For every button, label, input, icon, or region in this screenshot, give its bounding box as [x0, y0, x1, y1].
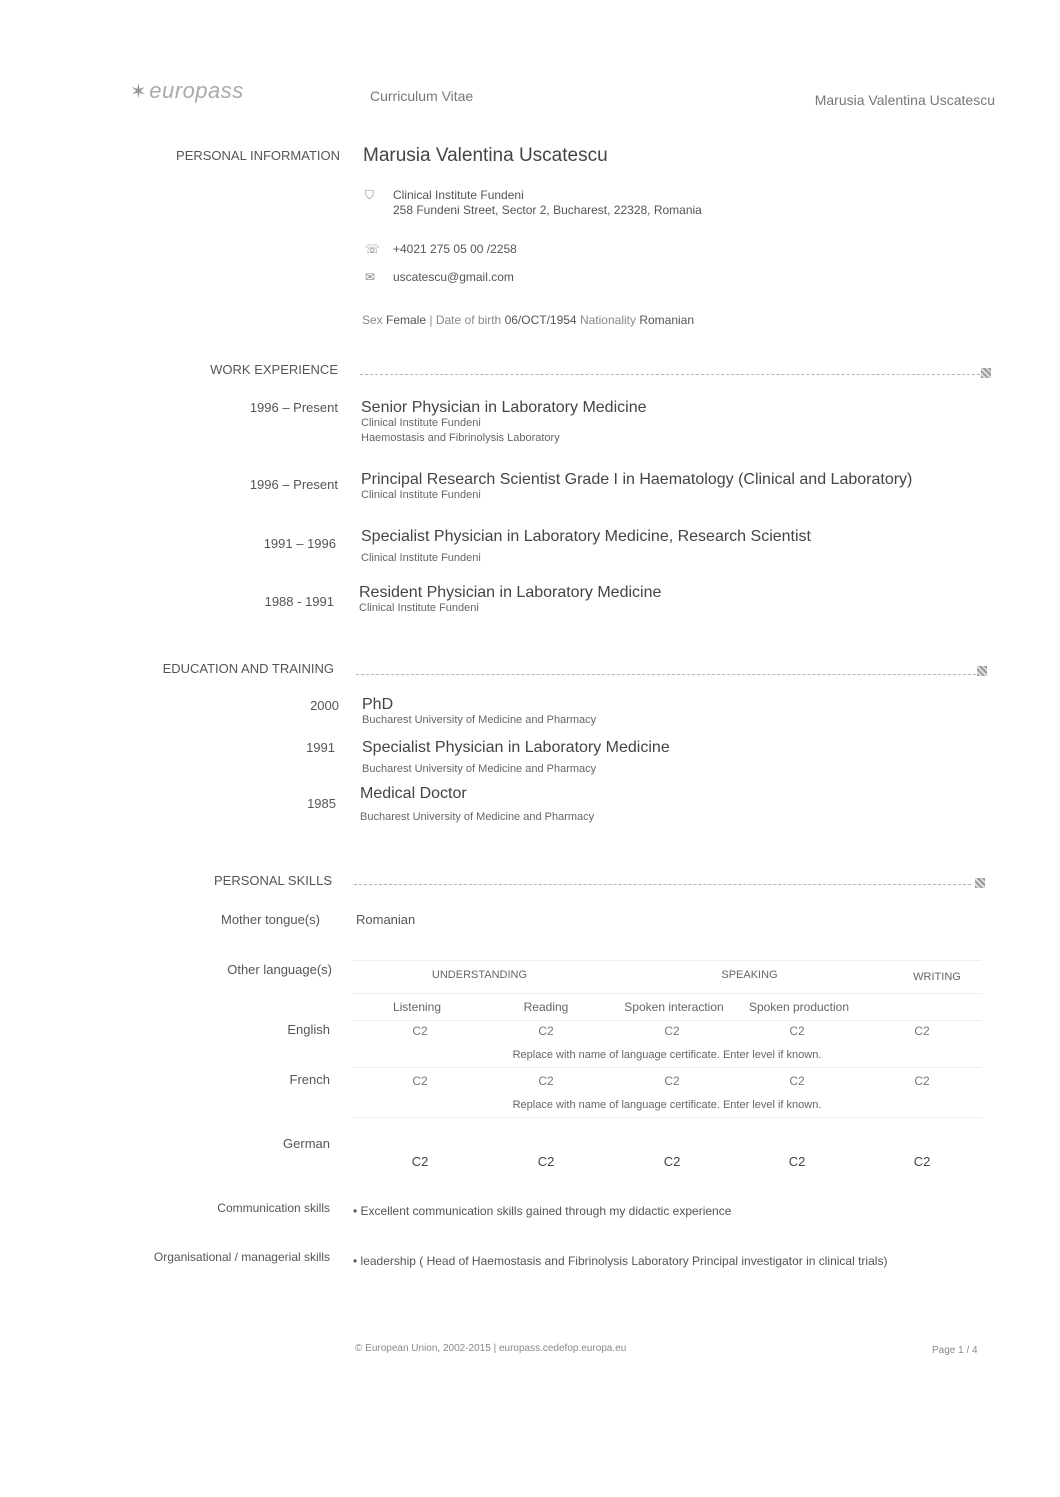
language-name: English — [130, 1022, 330, 1037]
edu-entry: Specialist Physician in Laboratory Medic… — [362, 739, 670, 775]
communication-skills-label: Communication skills — [130, 1201, 330, 1215]
language-level: C2 — [902, 1024, 942, 1038]
footer-copyright: © European Union, 2002-2015 | europass.c… — [355, 1343, 626, 1354]
other-languages-label: Other language(s) — [132, 962, 332, 977]
language-level: C2 — [902, 1074, 942, 1088]
phone: ☏+4021 275 05 00 /2258 — [365, 242, 517, 256]
language-level: C2 — [526, 1154, 566, 1169]
organisational-skills: • leadership ( Head of Haemostasis and F… — [353, 1254, 887, 1268]
language-level: C2 — [777, 1154, 817, 1169]
row-divider — [352, 1117, 982, 1118]
subheader-reading: Reading — [482, 1000, 610, 1014]
job-dates: 1996 – Present — [228, 477, 338, 492]
section-label-personal-information: PERSONAL INFORMATION — [140, 148, 340, 163]
group-writing: WRITING — [892, 971, 982, 983]
edu-year: 1991 — [225, 740, 335, 755]
language-name: German — [130, 1136, 330, 1151]
job-entry: Specialist Physician in Laboratory Medic… — [361, 528, 811, 564]
full-name: Marusia Valentina Uscatescu — [363, 145, 608, 167]
email-icon: ✉ — [365, 270, 383, 284]
section-label-education: EDUCATION AND TRAINING — [134, 661, 334, 676]
organisational-skills-label: Organisational / managerial skills — [130, 1250, 330, 1264]
row-divider — [352, 1067, 982, 1068]
group-understanding: UNDERSTANDING — [352, 969, 607, 981]
edu-year: 1985 — [226, 796, 336, 811]
job-entry: Principal Research Scientist Grade I in … — [361, 471, 912, 501]
email[interactable]: ✉uscatescu@gmail.com — [365, 270, 514, 284]
job-dates: 1996 – Present — [228, 400, 338, 415]
section-marker-icon — [981, 368, 991, 378]
address: ⛉Clinical Institute Fundeni 258 Fundeni … — [365, 188, 702, 217]
language-level: C2 — [400, 1154, 440, 1169]
phone-icon: ☏ — [365, 242, 383, 256]
group-speaking: SPEAKING — [607, 969, 892, 981]
europass-logo: ✶europass — [130, 78, 244, 104]
section-divider — [354, 884, 971, 885]
language-certificate: Replace with name of language certificat… — [352, 1049, 982, 1061]
document-title: Curriculum Vitae — [370, 88, 473, 104]
header-person-name: Marusia Valentina Uscatescu — [815, 92, 995, 108]
personal-meta: Sex Female | Date of birth 06/OCT/1954 N… — [362, 313, 694, 327]
edu-entry: PhD Bucharest University of Medicine and… — [362, 696, 596, 726]
language-level: C2 — [777, 1024, 817, 1038]
job-dates: 1991 – 1996 — [226, 536, 336, 551]
mother-tongue-label: Mother tongue(s) — [120, 912, 320, 927]
page-number: Page 1 / 4 — [932, 1345, 978, 1356]
language-level: C2 — [400, 1074, 440, 1088]
section-label-personal-skills: PERSONAL SKILLS — [132, 873, 332, 888]
subheader-spoken-interaction: Spoken interaction — [610, 1000, 738, 1014]
job-entry: Senior Physician in Laboratory Medicine … — [361, 399, 646, 444]
language-table: UNDERSTANDING SPEAKING WRITING Listening… — [352, 960, 982, 1021]
section-divider — [356, 674, 976, 675]
mother-tongue: Romanian — [356, 912, 415, 927]
language-level: C2 — [902, 1154, 942, 1169]
section-marker-icon — [975, 878, 985, 888]
language-level: C2 — [652, 1074, 692, 1088]
language-level: C2 — [526, 1024, 566, 1038]
edu-year: 2000 — [229, 698, 339, 713]
language-name: French — [130, 1072, 330, 1087]
language-level: C2 — [400, 1024, 440, 1038]
language-certificate: Replace with name of language certificat… — [352, 1099, 982, 1111]
language-level: C2 — [652, 1154, 692, 1169]
section-label-work-experience: WORK EXPERIENCE — [138, 362, 338, 377]
language-level: C2 — [652, 1024, 692, 1038]
section-marker-icon — [977, 666, 987, 676]
section-divider — [360, 374, 980, 375]
subheader-listening: Listening — [352, 1000, 482, 1014]
job-entry: Resident Physician in Laboratory Medicin… — [359, 584, 661, 614]
communication-skills: • Excellent communication skills gained … — [353, 1204, 731, 1218]
subheader-spoken-production: Spoken production — [738, 1000, 860, 1014]
language-level: C2 — [777, 1074, 817, 1088]
language-level: C2 — [526, 1074, 566, 1088]
edu-entry: Medical Doctor Bucharest University of M… — [360, 785, 594, 823]
job-dates: 1988 - 1991 — [224, 594, 334, 609]
location-icon: ⛉ — [365, 188, 383, 203]
europass-star-icon: ✶ — [130, 81, 147, 103]
